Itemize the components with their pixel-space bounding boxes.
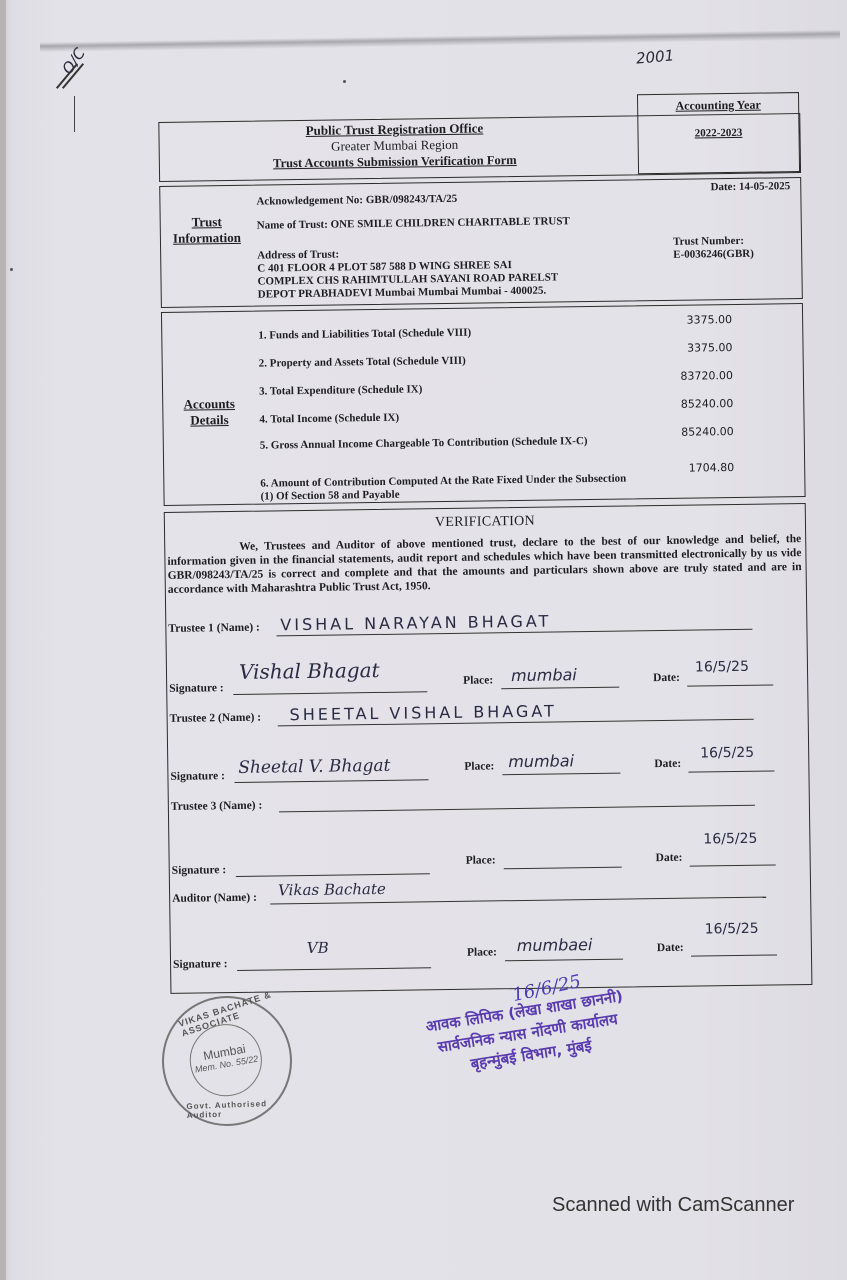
signature-line[interactable] [237, 967, 431, 971]
place-label: Place: [467, 946, 497, 958]
signature-line[interactable] [235, 779, 429, 783]
place-line[interactable] [501, 687, 619, 690]
submission-date: Date: 14-05-2025 [710, 180, 790, 194]
account-row-gross-annual-income: 5. Gross Annual Income Chargeable To Con… [260, 434, 630, 452]
accounting-year-label: Accounting Year [638, 97, 798, 114]
trustee1-label: Trustee 1 (Name) : [168, 622, 260, 635]
account-value: 3375.00 [687, 313, 733, 327]
auditor-name: Vikas Bachate [278, 880, 386, 900]
stamp-ring-bottom: Govt. Authorised Auditor [186, 1098, 299, 1120]
section-label-line: Details [163, 412, 255, 429]
declaration-text: We, Trustees and Auditor of above mentio… [165, 526, 806, 597]
date-label: Date: [654, 758, 681, 770]
accounting-year-value: 2022-2023 [638, 126, 798, 140]
signature-line[interactable] [233, 691, 427, 695]
account-value: 1704.80 [689, 461, 735, 475]
page-edge [0, 0, 6, 1280]
account-row-total-income: 4. Total Income (Schedule IX) [259, 408, 629, 426]
margin-line [74, 96, 75, 132]
date-label: Date: [656, 852, 683, 864]
date-line[interactable] [688, 770, 774, 772]
place-label: Place: [463, 674, 493, 686]
signature-label: Signature : [169, 682, 224, 695]
place-line[interactable] [505, 959, 623, 962]
trustee1-name: VISHAL NARAYAN BHAGAT [280, 612, 551, 635]
speck [343, 80, 346, 83]
auditor-label: Auditor (Name) : [172, 892, 257, 905]
date-label: Date: [653, 672, 680, 684]
trust-information-label: Trust Information [161, 214, 253, 247]
trustee1-place: mumbai [511, 665, 577, 685]
account-row-funds-liabilities: 1. Funds and Liabilities Total (Schedule… [258, 324, 628, 342]
signature-label: Signature : [172, 864, 227, 877]
camscanner-watermark: Scanned with CamScanner [552, 1194, 794, 1217]
trust-number-value: E-0036246(GBR) [673, 247, 791, 262]
trust-name: Name of Trust: ONE SMILE CHILDREN CHARIT… [257, 215, 570, 232]
trustee3-label: Trustee 3 (Name) : [171, 800, 263, 813]
account-value: 3375.00 [687, 341, 733, 355]
section-label-line: Accounts [163, 396, 255, 413]
form-header: Public Trust Registration Office Greater… [158, 113, 801, 182]
date-line[interactable] [687, 684, 773, 686]
accounts-details-section: Accounts Details 1. Funds and Liabilitie… [161, 303, 806, 506]
account-row-contribution-payable: 6. Amount of Contribution Computed At th… [260, 472, 630, 503]
trustee2-date: 16/5/25 [700, 745, 754, 762]
date-line[interactable] [690, 864, 776, 866]
auditor-date: 16/5/25 [705, 921, 759, 938]
section-label-line: Information [161, 230, 253, 247]
speck [10, 268, 13, 271]
auditor-seal-stamp: VIKAS BACHATE & ASSOCIATE Mumbai Mem. No… [152, 986, 303, 1137]
account-row-property-assets: 2. Property and Assets Total (Schedule V… [259, 352, 629, 370]
accounting-year-box: Accounting Year 2022-2023 [637, 92, 800, 174]
trustee2-place: mumbai [508, 751, 574, 771]
place-label: Place: [464, 760, 494, 772]
account-value: 83720.00 [680, 369, 733, 383]
header-titles: Public Trust Registration Office Greater… [159, 118, 630, 173]
paper-fold-line [40, 30, 840, 53]
trustee2-signature: Sheetal V. Bhagat [238, 756, 390, 778]
place-line[interactable] [502, 773, 620, 776]
signature-label: Signature : [170, 770, 225, 783]
verification-form: Public Trust Registration Office Greater… [158, 91, 812, 994]
account-value: 85240.00 [681, 425, 734, 439]
trust-number: Trust Number: E-0036246(GBR) [673, 234, 791, 262]
trustee2-name: SHEETAL VISHAL BHAGAT [289, 701, 556, 724]
accounts-details-label: Accounts Details [163, 396, 255, 429]
verification-section: VERIFICATION We, Trustees and Auditor of… [164, 503, 813, 994]
account-value: 85240.00 [681, 397, 734, 411]
trustee2-label: Trustee 2 (Name) : [170, 712, 262, 725]
section-label-line: Trust [161, 214, 253, 231]
office-receipt-stamp: आवक लिपिक (लेखा शाखा छाननी) सार्वजनिक न्… [424, 985, 631, 1081]
file-number-annotation: 2001 [635, 46, 675, 67]
place-line[interactable] [504, 867, 622, 870]
trustee1-date: 16/5/25 [695, 659, 749, 676]
trust-information-section: Trust Information Acknowledgement No: GB… [159, 177, 803, 308]
account-row-total-expenditure: 3. Total Expenditure (Schedule IX) [259, 380, 629, 398]
trustee3-name-line[interactable] [279, 805, 755, 813]
address-label: Address of Trust: [257, 248, 339, 262]
auditor-signature: VB [307, 939, 329, 957]
date-line[interactable] [691, 954, 777, 956]
address-line: DEPOT PRABHADEVI Mumbai Mumbai Mumbai - … [258, 285, 547, 302]
acknowledgement-number: Acknowledgement No: GBR/098243/TA/25 [256, 193, 457, 209]
signature-line[interactable] [236, 873, 430, 877]
auditor-place: mumbaei [517, 935, 593, 955]
date-label: Date: [657, 942, 684, 954]
trustee3-date: 16/5/25 [703, 831, 757, 848]
signature-label: Signature : [173, 958, 228, 971]
place-label: Place: [466, 854, 496, 866]
trustee1-signature: Vishal Bhagat [239, 658, 380, 684]
